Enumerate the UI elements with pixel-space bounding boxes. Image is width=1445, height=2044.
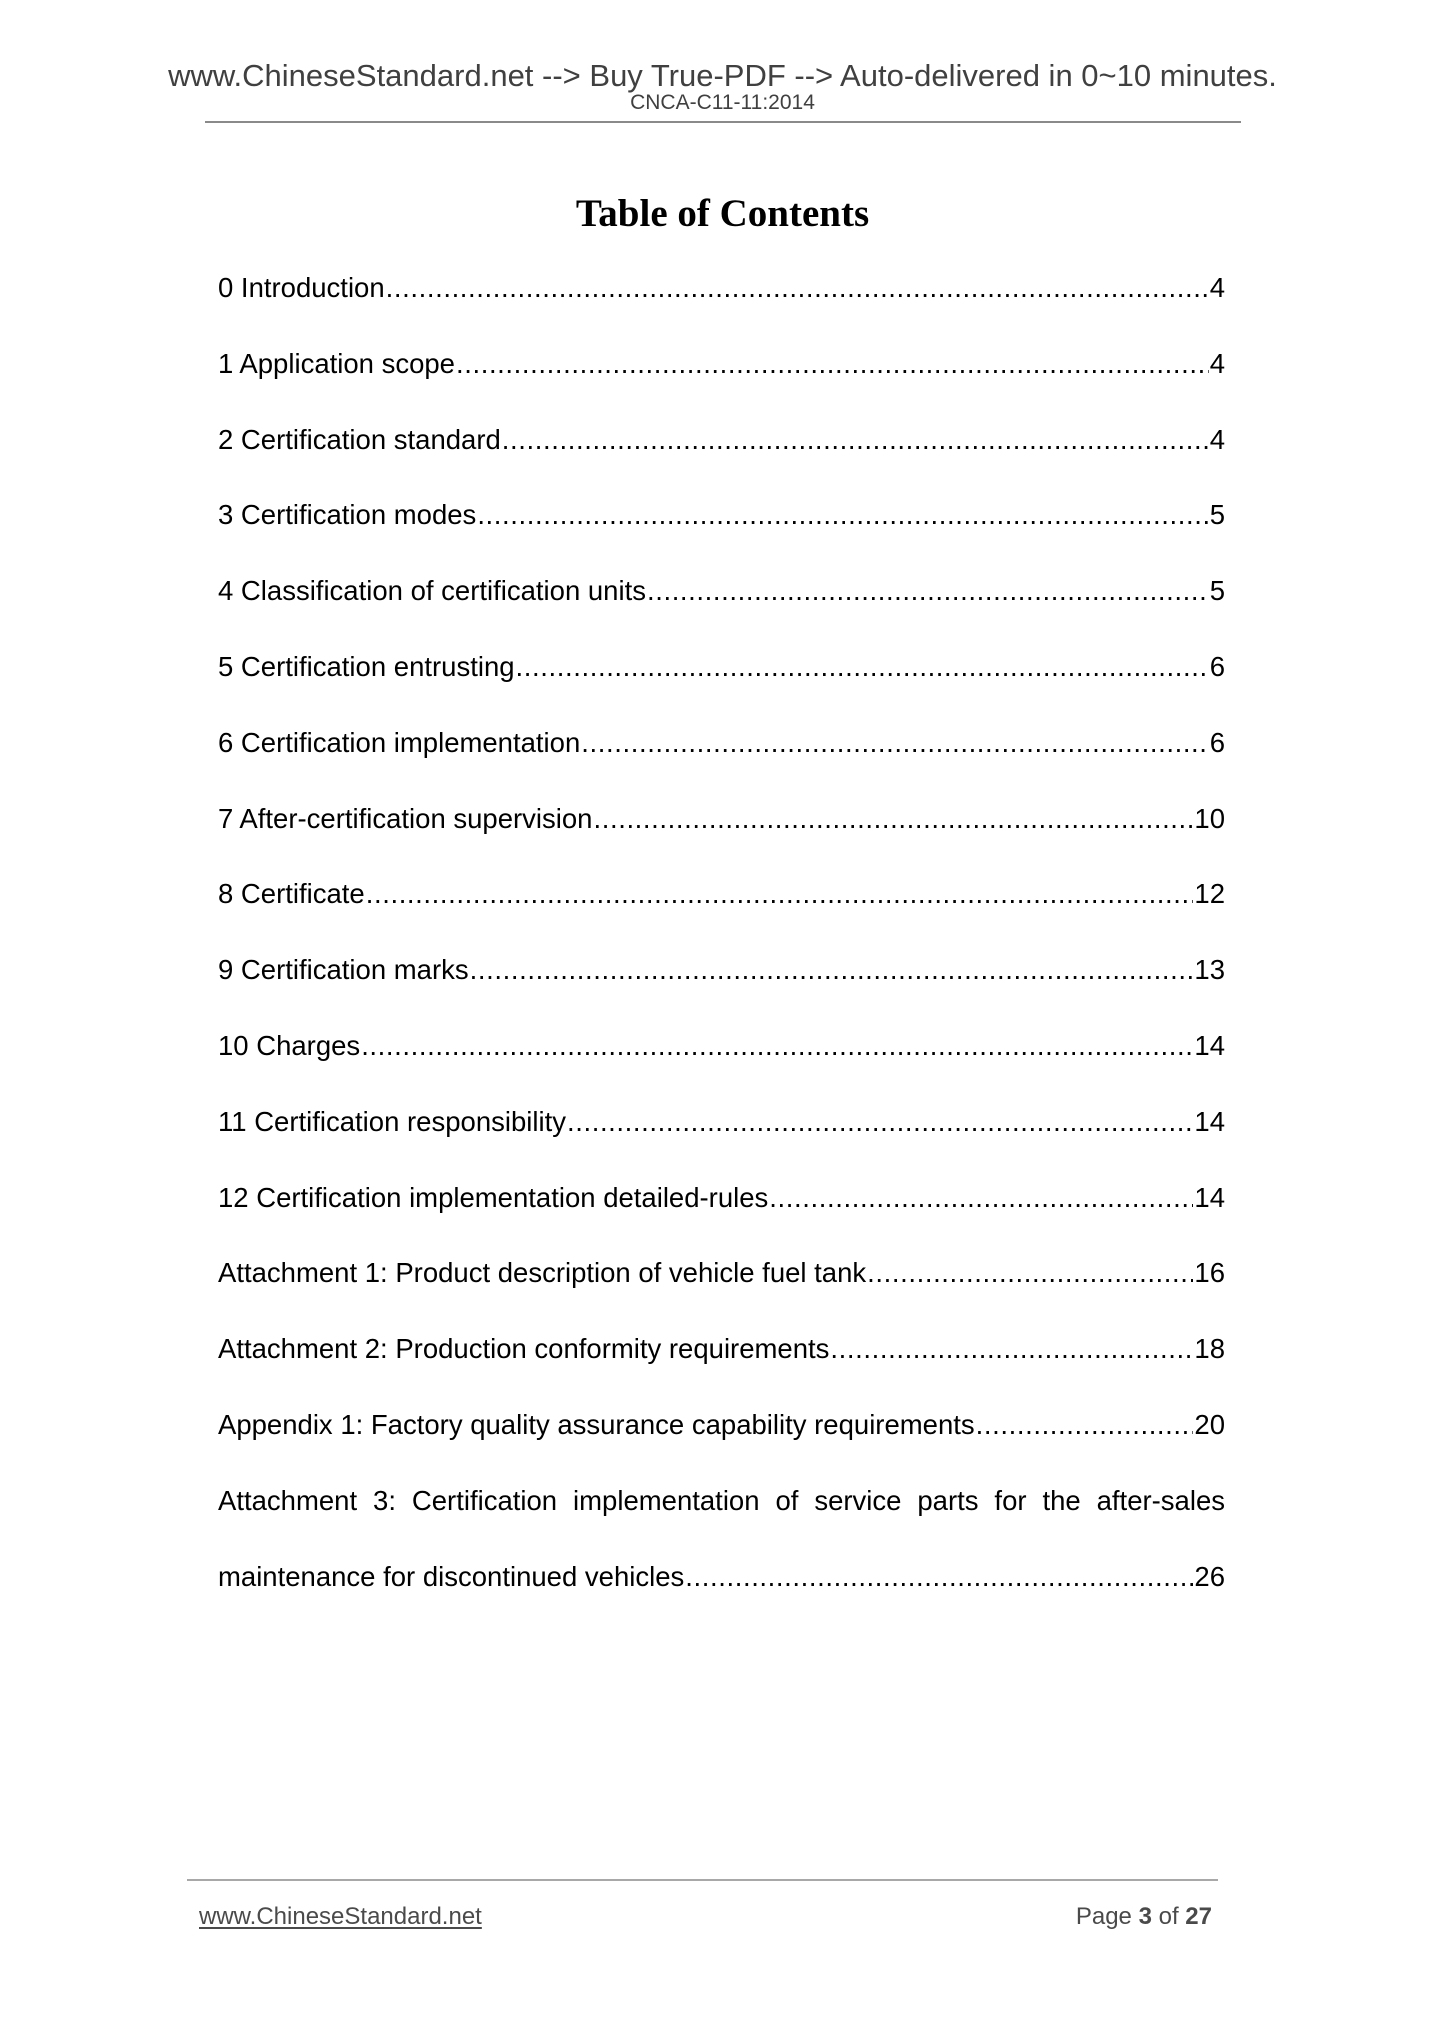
toc-entry[interactable]: Attachment 2: Production conformity requ… (218, 1331, 1225, 1367)
page-indicator: Page 3 of 27 (1076, 1903, 1212, 1931)
toc-entry-label: Appendix 1: Factory quality assurance ca… (218, 1407, 975, 1443)
dot-leader (976, 1407, 1194, 1443)
toc-entry-page: 4 (1210, 346, 1225, 382)
toc-entry[interactable]: Appendix 1: Factory quality assurance ca… (218, 1407, 1225, 1443)
current-page-number: 3 (1139, 1903, 1152, 1930)
table-of-contents: 0 Introduction41 Application scope42 Cer… (218, 0, 1225, 2044)
toc-entry-continuation[interactable]: maintenance for discontinued vehicles26 (218, 1559, 1225, 1595)
toc-entry[interactable]: 11 Certification responsibility14 (218, 1104, 1225, 1140)
toc-entry-label: 10 Charges (218, 1028, 360, 1064)
toc-entry[interactable]: 8 Certificate12 (218, 876, 1225, 912)
toc-entry-page: 14 (1194, 1180, 1225, 1216)
toc-entry-label: 11 Certification responsibility (218, 1104, 566, 1140)
toc-entry-label: 6 Certification implementation (218, 725, 580, 761)
toc-entry[interactable]: Attachment 3: Certification implementati… (218, 1483, 1225, 1519)
dot-leader (470, 952, 1194, 988)
dot-leader (830, 1331, 1193, 1367)
dot-leader (867, 1255, 1193, 1291)
dot-leader (647, 573, 1209, 609)
toc-entry-page: 12 (1194, 876, 1225, 912)
toc-entry-page: 4 (1210, 422, 1225, 458)
toc-entry-page: 14 (1194, 1028, 1225, 1064)
dot-leader (456, 346, 1209, 382)
toc-entry-label: 5 Certification entrusting (218, 649, 515, 685)
page-prefix: Page (1076, 1903, 1132, 1930)
toc-entry-page: 18 (1194, 1331, 1225, 1367)
dot-leader (361, 1028, 1193, 1064)
toc-entry-page: 5 (1210, 573, 1225, 609)
toc-entry-page: 16 (1194, 1255, 1225, 1291)
toc-entry-label: 4 Classification of certification units (218, 573, 646, 609)
toc-entry[interactable]: 4 Classification of certification units5 (218, 573, 1225, 609)
footer-divider (187, 1879, 1218, 1881)
toc-entry[interactable]: 5 Certification entrusting6 (218, 649, 1225, 685)
toc-entry[interactable]: 6 Certification implementation6 (218, 725, 1225, 761)
toc-entry-label: 12 Certification implementation detailed… (218, 1180, 768, 1216)
dot-leader (502, 422, 1209, 458)
toc-entry-label: 9 Certification marks (218, 952, 469, 988)
toc-entry-page: 26 (1194, 1559, 1225, 1595)
toc-entry-label: maintenance for discontinued vehicles (218, 1559, 684, 1595)
dot-leader (593, 801, 1193, 837)
dot-leader (769, 1180, 1193, 1216)
page-of: of (1159, 1903, 1179, 1930)
toc-entry-label: Attachment 2: Production conformity requ… (218, 1331, 829, 1367)
dot-leader (516, 649, 1209, 685)
toc-entry-page: 4 (1210, 270, 1225, 306)
toc-entry-label: 7 After-certification supervision (218, 801, 592, 837)
toc-entry-label: 0 Introduction (218, 270, 385, 306)
dot-leader (386, 270, 1209, 306)
toc-entry-page: 14 (1194, 1104, 1225, 1140)
dot-leader (477, 497, 1208, 533)
toc-entry[interactable]: 0 Introduction4 (218, 270, 1225, 306)
toc-entry-page: 5 (1210, 497, 1225, 533)
toc-entry[interactable]: 7 After-certification supervision10 (218, 801, 1225, 837)
toc-entry-page: 13 (1194, 952, 1225, 988)
toc-entry-label: 2 Certification standard (218, 422, 501, 458)
toc-entry-page: 6 (1210, 725, 1225, 761)
toc-entry-label: 8 Certificate (218, 876, 365, 912)
toc-entry-page: 10 (1194, 801, 1225, 837)
toc-entry-label: 3 Certification modes (218, 497, 476, 533)
toc-entry-page: 6 (1210, 649, 1225, 685)
toc-entry[interactable]: 10 Charges14 (218, 1028, 1225, 1064)
toc-entry[interactable]: 9 Certification marks13 (218, 952, 1225, 988)
toc-entry[interactable]: 3 Certification modes5 (218, 497, 1225, 533)
toc-entry[interactable]: 2 Certification standard4 (218, 422, 1225, 458)
dot-leader (685, 1559, 1193, 1595)
toc-entry-label: 1 Application scope (218, 346, 455, 382)
toc-entry[interactable]: 12 Certification implementation detailed… (218, 1180, 1225, 1216)
toc-entry-label: Attachment 3: Certification implementati… (218, 1483, 1225, 1519)
dot-leader (567, 1104, 1193, 1140)
dot-leader (366, 876, 1194, 912)
total-page-count: 27 (1185, 1903, 1212, 1930)
dot-leader (581, 725, 1208, 761)
toc-entry[interactable]: 1 Application scope4 (218, 346, 1225, 382)
footer-website-link[interactable]: www.ChineseStandard.net (199, 1903, 482, 1931)
document-page: www.ChineseStandard.net --> Buy True-PDF… (0, 0, 1445, 2044)
toc-entry-label: Attachment 1: Product description of veh… (218, 1255, 866, 1291)
toc-entry[interactable]: Attachment 1: Product description of veh… (218, 1255, 1225, 1291)
toc-entry-page: 20 (1194, 1407, 1225, 1443)
